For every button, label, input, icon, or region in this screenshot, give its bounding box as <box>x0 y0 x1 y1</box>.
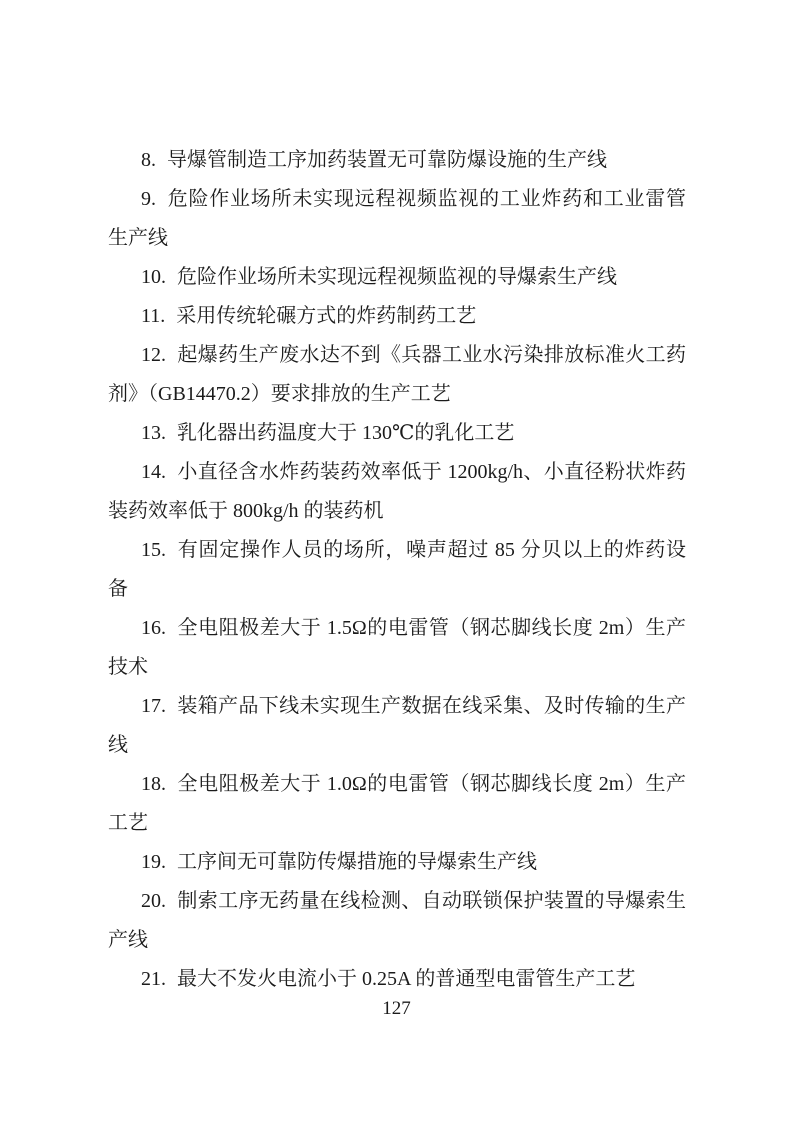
list-item-15: 15.有固定操作人员的场所，噪声超过 85 分贝以上的炸药设备 <box>108 531 686 609</box>
list-item-16: 16.全电阻极差大于 1.5Ω的电雷管（钢芯脚线长度 2m）生产技术 <box>108 609 686 687</box>
item-number: 21. <box>141 968 166 990</box>
list-item-12: 12.起爆药生产废水达不到《兵器工业水污染排放标准火工药剂》（GB14470.2… <box>108 336 686 414</box>
item-number: 19. <box>141 851 166 873</box>
list-item-18: 18.全电阻极差大于 1.0Ω的电雷管（钢芯脚线长度 2m）生产工艺 <box>108 765 686 843</box>
item-text: 全电阻极差大于 1.0Ω的电雷管（钢芯脚线长度 2m）生产工艺 <box>108 773 686 834</box>
item-number: 16. <box>141 617 166 639</box>
item-number: 12. <box>141 344 166 366</box>
item-number: 8. <box>141 149 156 171</box>
item-number: 17. <box>141 695 166 717</box>
item-number: 14. <box>141 461 166 483</box>
list-item-8: 8.导爆管制造工序加药装置无可靠防爆设施的生产线 <box>108 141 686 180</box>
item-text: 危险作业场所未实现远程视频监视的工业炸药和工业雷管生产线 <box>108 188 686 249</box>
item-text: 危险作业场所未实现远程视频监视的导爆索生产线 <box>177 266 617 288</box>
document-content: 8.导爆管制造工序加药装置无可靠防爆设施的生产线 9.危险作业场所未实现远程视频… <box>108 141 686 999</box>
document-page: 8.导爆管制造工序加药装置无可靠防爆设施的生产线 9.危险作业场所未实现远程视频… <box>0 0 793 1122</box>
list-item-14: 14.小直径含水炸药装药效率低于 1200kg/h、小直径粉状炸药装药效率低于 … <box>108 453 686 531</box>
item-text: 最大不发火电流小于 0.25A 的普通型电雷管生产工艺 <box>177 968 635 990</box>
list-item-9: 9.危险作业场所未实现远程视频监视的工业炸药和工业雷管生产线 <box>108 180 686 258</box>
list-item-13: 13.乳化器出药温度大于 130℃的乳化工艺 <box>108 414 686 453</box>
list-item-10: 10.危险作业场所未实现远程视频监视的导爆索生产线 <box>108 258 686 297</box>
item-text: 导爆管制造工序加药装置无可靠防爆设施的生产线 <box>167 149 607 171</box>
list-item-20: 20.制索工序无药量在线检测、自动联锁保护装置的导爆索生产线 <box>108 882 686 960</box>
item-text: 采用传统轮碾方式的炸药制药工艺 <box>176 305 476 327</box>
item-number: 10. <box>141 266 166 288</box>
item-number: 13. <box>141 422 166 444</box>
item-number: 18. <box>141 773 166 795</box>
item-text: 有固定操作人员的场所，噪声超过 85 分贝以上的炸药设备 <box>108 539 686 600</box>
item-number: 15. <box>141 539 166 561</box>
item-number: 20. <box>141 890 166 912</box>
item-text: 起爆药生产废水达不到《兵器工业水污染排放标准火工药剂》（GB14470.2）要求… <box>108 344 686 405</box>
page-number: 127 <box>0 998 793 1021</box>
item-text: 全电阻极差大于 1.5Ω的电雷管（钢芯脚线长度 2m）生产技术 <box>108 617 686 678</box>
item-text: 乳化器出药温度大于 130℃的乳化工艺 <box>177 422 514 444</box>
item-number: 9. <box>141 188 156 210</box>
item-text: 工序间无可靠防传爆措施的导爆索生产线 <box>177 851 537 873</box>
list-item-17: 17.装箱产品下线未实现生产数据在线采集、及时传输的生产线 <box>108 687 686 765</box>
list-item-19: 19.工序间无可靠防传爆措施的导爆索生产线 <box>108 843 686 882</box>
item-text: 装箱产品下线未实现生产数据在线采集、及时传输的生产线 <box>108 695 686 756</box>
item-text: 小直径含水炸药装药效率低于 1200kg/h、小直径粉状炸药装药效率低于 800… <box>108 461 686 522</box>
list-item-21: 21.最大不发火电流小于 0.25A 的普通型电雷管生产工艺 <box>108 960 686 999</box>
item-text: 制索工序无药量在线检测、自动联锁保护装置的导爆索生产线 <box>108 890 686 951</box>
item-number: 11. <box>141 305 165 327</box>
list-item-11: 11.采用传统轮碾方式的炸药制药工艺 <box>108 297 686 336</box>
